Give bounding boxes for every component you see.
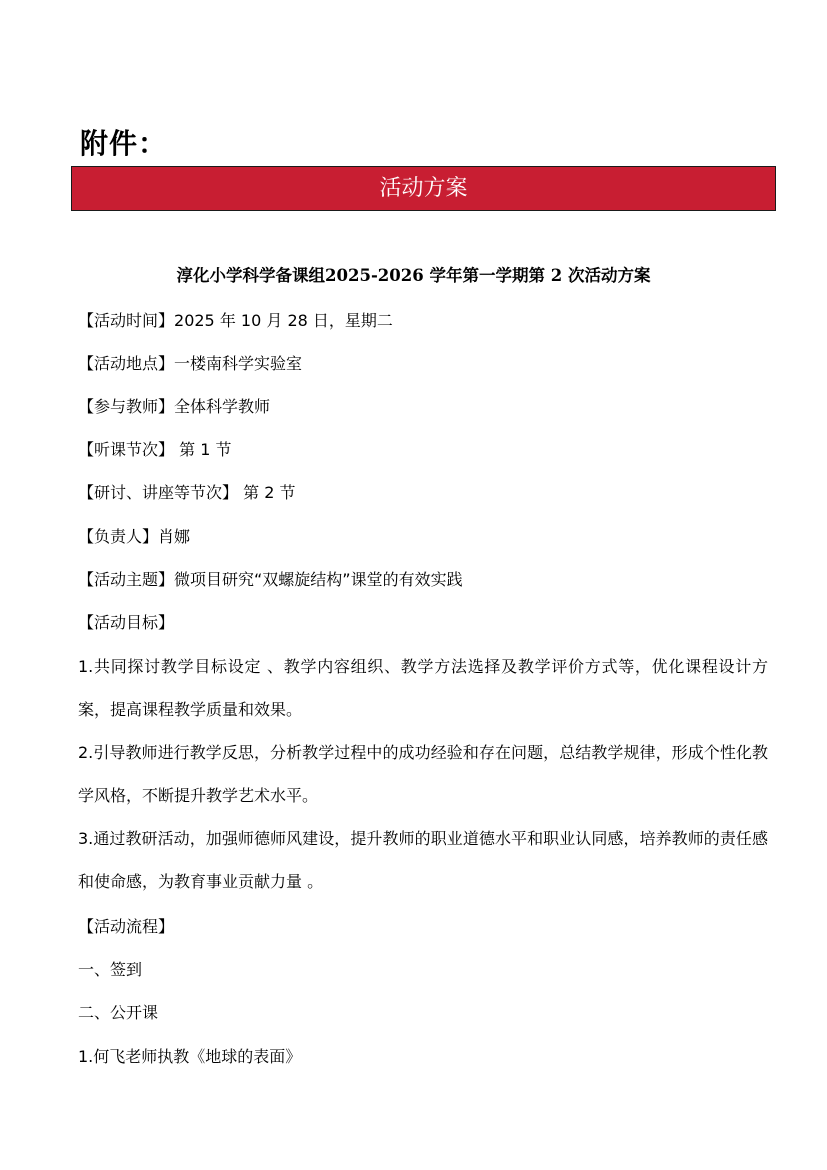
process-item: 一、签到 <box>78 957 142 983</box>
attachment-label: 附件： <box>80 124 167 164</box>
field-label: 【活动时间】 <box>78 311 174 330</box>
goal-item: 2.引导教师进行教学反思，分析教学过程中的成功经验和存在问题，总结教学规律，形成… <box>78 731 768 817</box>
activity-plan-banner: 活动方案 <box>71 166 776 211</box>
field-participants: 【参与教师】全体科学教师 <box>78 394 270 420</box>
process-item: 1.何飞老师执教《地球的表面》 <box>78 1044 301 1070</box>
field-activity-time: 【活动时间】2025 年 10 月 28 日，星期二 <box>78 308 393 334</box>
field-label: 【参与教师】 <box>78 397 174 416</box>
field-value: 一楼南科学实验室 <box>174 354 302 373</box>
field-label: 【负责人】 <box>78 527 158 546</box>
goal-item: 3.通过教研活动，加强师德师风建设，提升教师的职业道德水平和职业认同感，培养教师… <box>78 817 768 903</box>
banner-title: 活动方案 <box>379 167 467 210</box>
document-title: 淳化小学科学备课组2025-2026 学年第一学期第 2 次活动方案 <box>0 263 827 289</box>
field-label: 【听课节次】 <box>78 440 174 459</box>
process-item: 二、公开课 <box>78 1000 158 1026</box>
field-activity-theme: 【活动主题】微项目研究“双螺旋结构”课堂的有效实践 <box>78 567 463 593</box>
goal-item: 1.共同探讨教学目标设定 、教学内容组织、教学方法选择及教学评价方式等，优化课程… <box>78 645 768 731</box>
field-seminar-period: 【研讨、讲座等节次】 第 2 节 <box>78 480 295 506</box>
field-value: 肖娜 <box>158 527 190 546</box>
field-value: 微项目研究“双螺旋结构”课堂的有效实践 <box>174 570 463 589</box>
field-person-in-charge: 【负责人】肖娜 <box>78 524 190 550</box>
process-heading: 【活动流程】 <box>78 914 174 940</box>
field-value: 第 2 节 <box>238 483 295 502</box>
field-value: 第 1 节 <box>174 440 231 459</box>
field-label: 【活动地点】 <box>78 354 174 373</box>
field-label: 【研讨、讲座等节次】 <box>78 483 238 502</box>
goals-heading: 【活动目标】 <box>78 610 174 636</box>
field-activity-location: 【活动地点】一楼南科学实验室 <box>78 351 302 377</box>
field-label: 【活动主题】 <box>78 570 174 589</box>
field-lesson-period: 【听课节次】 第 1 节 <box>78 437 231 463</box>
field-value: 全体科学教师 <box>174 397 270 416</box>
field-value: 2025 年 10 月 28 日，星期二 <box>174 311 393 330</box>
